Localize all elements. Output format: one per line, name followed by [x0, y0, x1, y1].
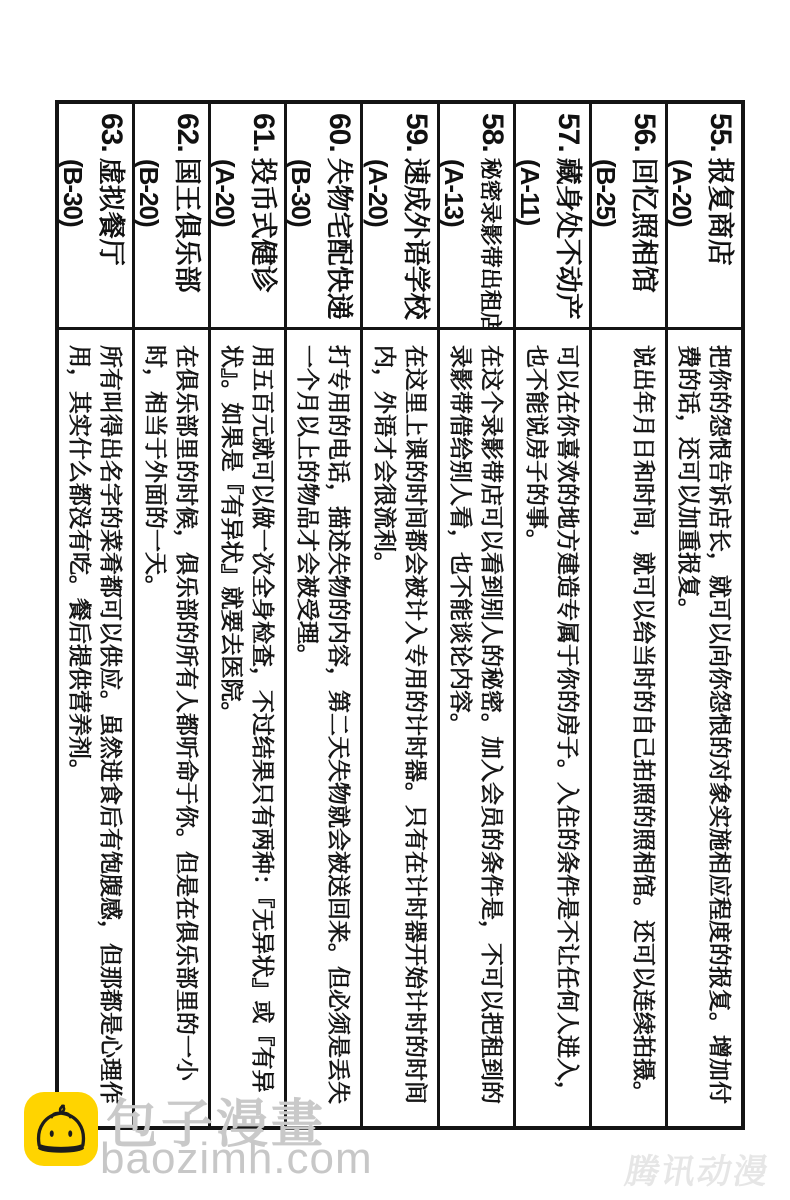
row-description: 所有叫得出名字的菜肴都可以供应。虽然进食后有饱腹感，但那都是心理作用，其实什么都…: [59, 330, 132, 1126]
row-title: 速成外语学校: [401, 158, 431, 320]
row-header-cell: 63.虚拟餐厅 (B-30): [59, 104, 132, 330]
row-header-cell: 58.秘密录影带出租店 (A-13): [440, 104, 513, 330]
row-header-cell: 56.回忆照相馆 (B-25): [592, 104, 665, 330]
row-title: 回忆照相馆: [629, 158, 659, 293]
table-row: 62.国王俱乐部 (B-20) 在俱乐部里的时候，俱乐部的所有人都听命于你。但是…: [132, 104, 208, 1126]
row-number: 55.: [704, 113, 737, 152]
row-code: (B-30): [287, 159, 316, 325]
row-title: 秘密录影带出租店: [478, 158, 503, 330]
row-number: 62.: [171, 113, 204, 152]
rotated-table: 55.报复商店 (A-20) 把你的怨恨告诉店长，就可以向你怨恨的对象实施相应程…: [55, 100, 745, 1130]
row-description: 打专用的电话，描述失物的内容，第二天失物就会被送回来。但必须是丢失一个月以上的物…: [287, 330, 360, 1126]
row-number: 63.: [95, 113, 128, 152]
row-header-cell: 62.国王俱乐部 (B-20): [135, 104, 208, 330]
row-description: 在这里上课的时间都会被计入专用的计时器。只有在计时器开始计时的时间内，外语才会很…: [363, 330, 436, 1126]
row-code: (A-11): [516, 159, 545, 325]
row-code: (A-20): [211, 159, 240, 325]
row-code: (A-20): [668, 159, 697, 325]
table-row: 61.投币式健诊 (A-20) 用五百元就可以做一次全身检查，不过结果只有两种：…: [208, 104, 284, 1126]
row-number: 57.: [552, 113, 585, 152]
row-code: (B-25): [592, 159, 621, 325]
baozi-logo: [24, 1092, 98, 1166]
row-title: 报复商店: [705, 158, 735, 266]
row-description: 说出年月日和时间，就可以给当时的自己拍照的照相馆。还可以连续拍摄。: [592, 330, 665, 1126]
row-number: 60.: [323, 113, 356, 152]
row-number: 58.: [476, 113, 509, 152]
table-row: 55.报复商店 (A-20) 把你的怨恨告诉店长，就可以向你怨恨的对象实施相应程…: [665, 104, 741, 1126]
row-title: 投币式健诊: [248, 158, 278, 293]
table-row: 56.回忆照相馆 (B-25) 说出年月日和时间，就可以给当时的自己拍照的照相馆…: [589, 104, 665, 1126]
row-number: 59.: [400, 113, 433, 152]
row-header-cell: 61.投币式健诊 (A-20): [211, 104, 284, 330]
row-description: 在俱乐部里的时候，俱乐部的所有人都听命于你。但是在俱乐部里的一小时，相当于外面的…: [135, 330, 208, 1126]
shop-list-table: 55.报复商店 (A-20) 把你的怨恨告诉店长，就可以向你怨恨的对象实施相应程…: [55, 100, 745, 1130]
table-row: 63.虚拟餐厅 (B-30) 所有叫得出名字的菜肴都可以供应。虽然进食后有饱腹感…: [59, 104, 132, 1126]
row-code: (A-20): [363, 159, 392, 325]
table-row: 60.失物宅配快递 (B-30) 打专用的电话，描述失物的内容，第二天失物就会被…: [284, 104, 360, 1126]
row-description: 在这个录影带店可以看到别人的秘密。加入会员的条件是，不可以把租到的录影带借给别人…: [440, 330, 513, 1126]
row-header-cell: 59.速成外语学校 (A-20): [363, 104, 436, 330]
table-row: 59.速成外语学校 (A-20) 在这里上课的时间都会被计入专用的计时器。只有在…: [360, 104, 436, 1126]
row-header-cell: 57.藏身处不动产 (A-11): [516, 104, 589, 330]
manga-scan-page: { "page": { "background": "#ffffff", "ta…: [0, 0, 790, 1200]
row-description: 把你的怨恨告诉店长，就可以向你怨恨的对象实施相应程度的报复。增加付费的话，还可以…: [668, 330, 741, 1126]
bun-icon: [28, 1096, 94, 1162]
row-header-cell: 55.报复商店 (A-20): [668, 104, 741, 330]
row-number: 61.: [247, 113, 280, 152]
tencent-watermark: 腾讯动漫: [622, 1144, 775, 1193]
site-url-watermark: baozimh.com: [100, 1134, 373, 1184]
row-title: 虚拟餐厅: [96, 158, 126, 266]
row-header-cell: 60.失物宅配快递 (B-30): [287, 104, 360, 330]
table-row: 58.秘密录影带出租店 (A-13) 在这个录影带店可以看到别人的秘密。加入会员…: [437, 104, 513, 1126]
row-code: (B-30): [59, 159, 88, 325]
row-title: 失物宅配快递: [324, 158, 354, 320]
table-row: 57.藏身处不动产 (A-11) 可以在你喜欢的地方建造专属于你的房子。入住的条…: [513, 104, 589, 1126]
row-code: (A-13): [440, 159, 469, 325]
row-title: 藏身处不动产: [553, 158, 583, 320]
row-code: (B-20): [135, 159, 164, 325]
row-title: 国王俱乐部: [172, 158, 202, 293]
row-number: 56.: [628, 113, 661, 152]
row-description: 可以在你喜欢的地方建造专属于你的房子。入住的条件是不让任何人进入，也不能说房子的…: [516, 330, 589, 1126]
row-description: 用五百元就可以做一次全身检查，不过结果只有两种：『无异状』或『有异状』。如果是『…: [211, 330, 284, 1126]
